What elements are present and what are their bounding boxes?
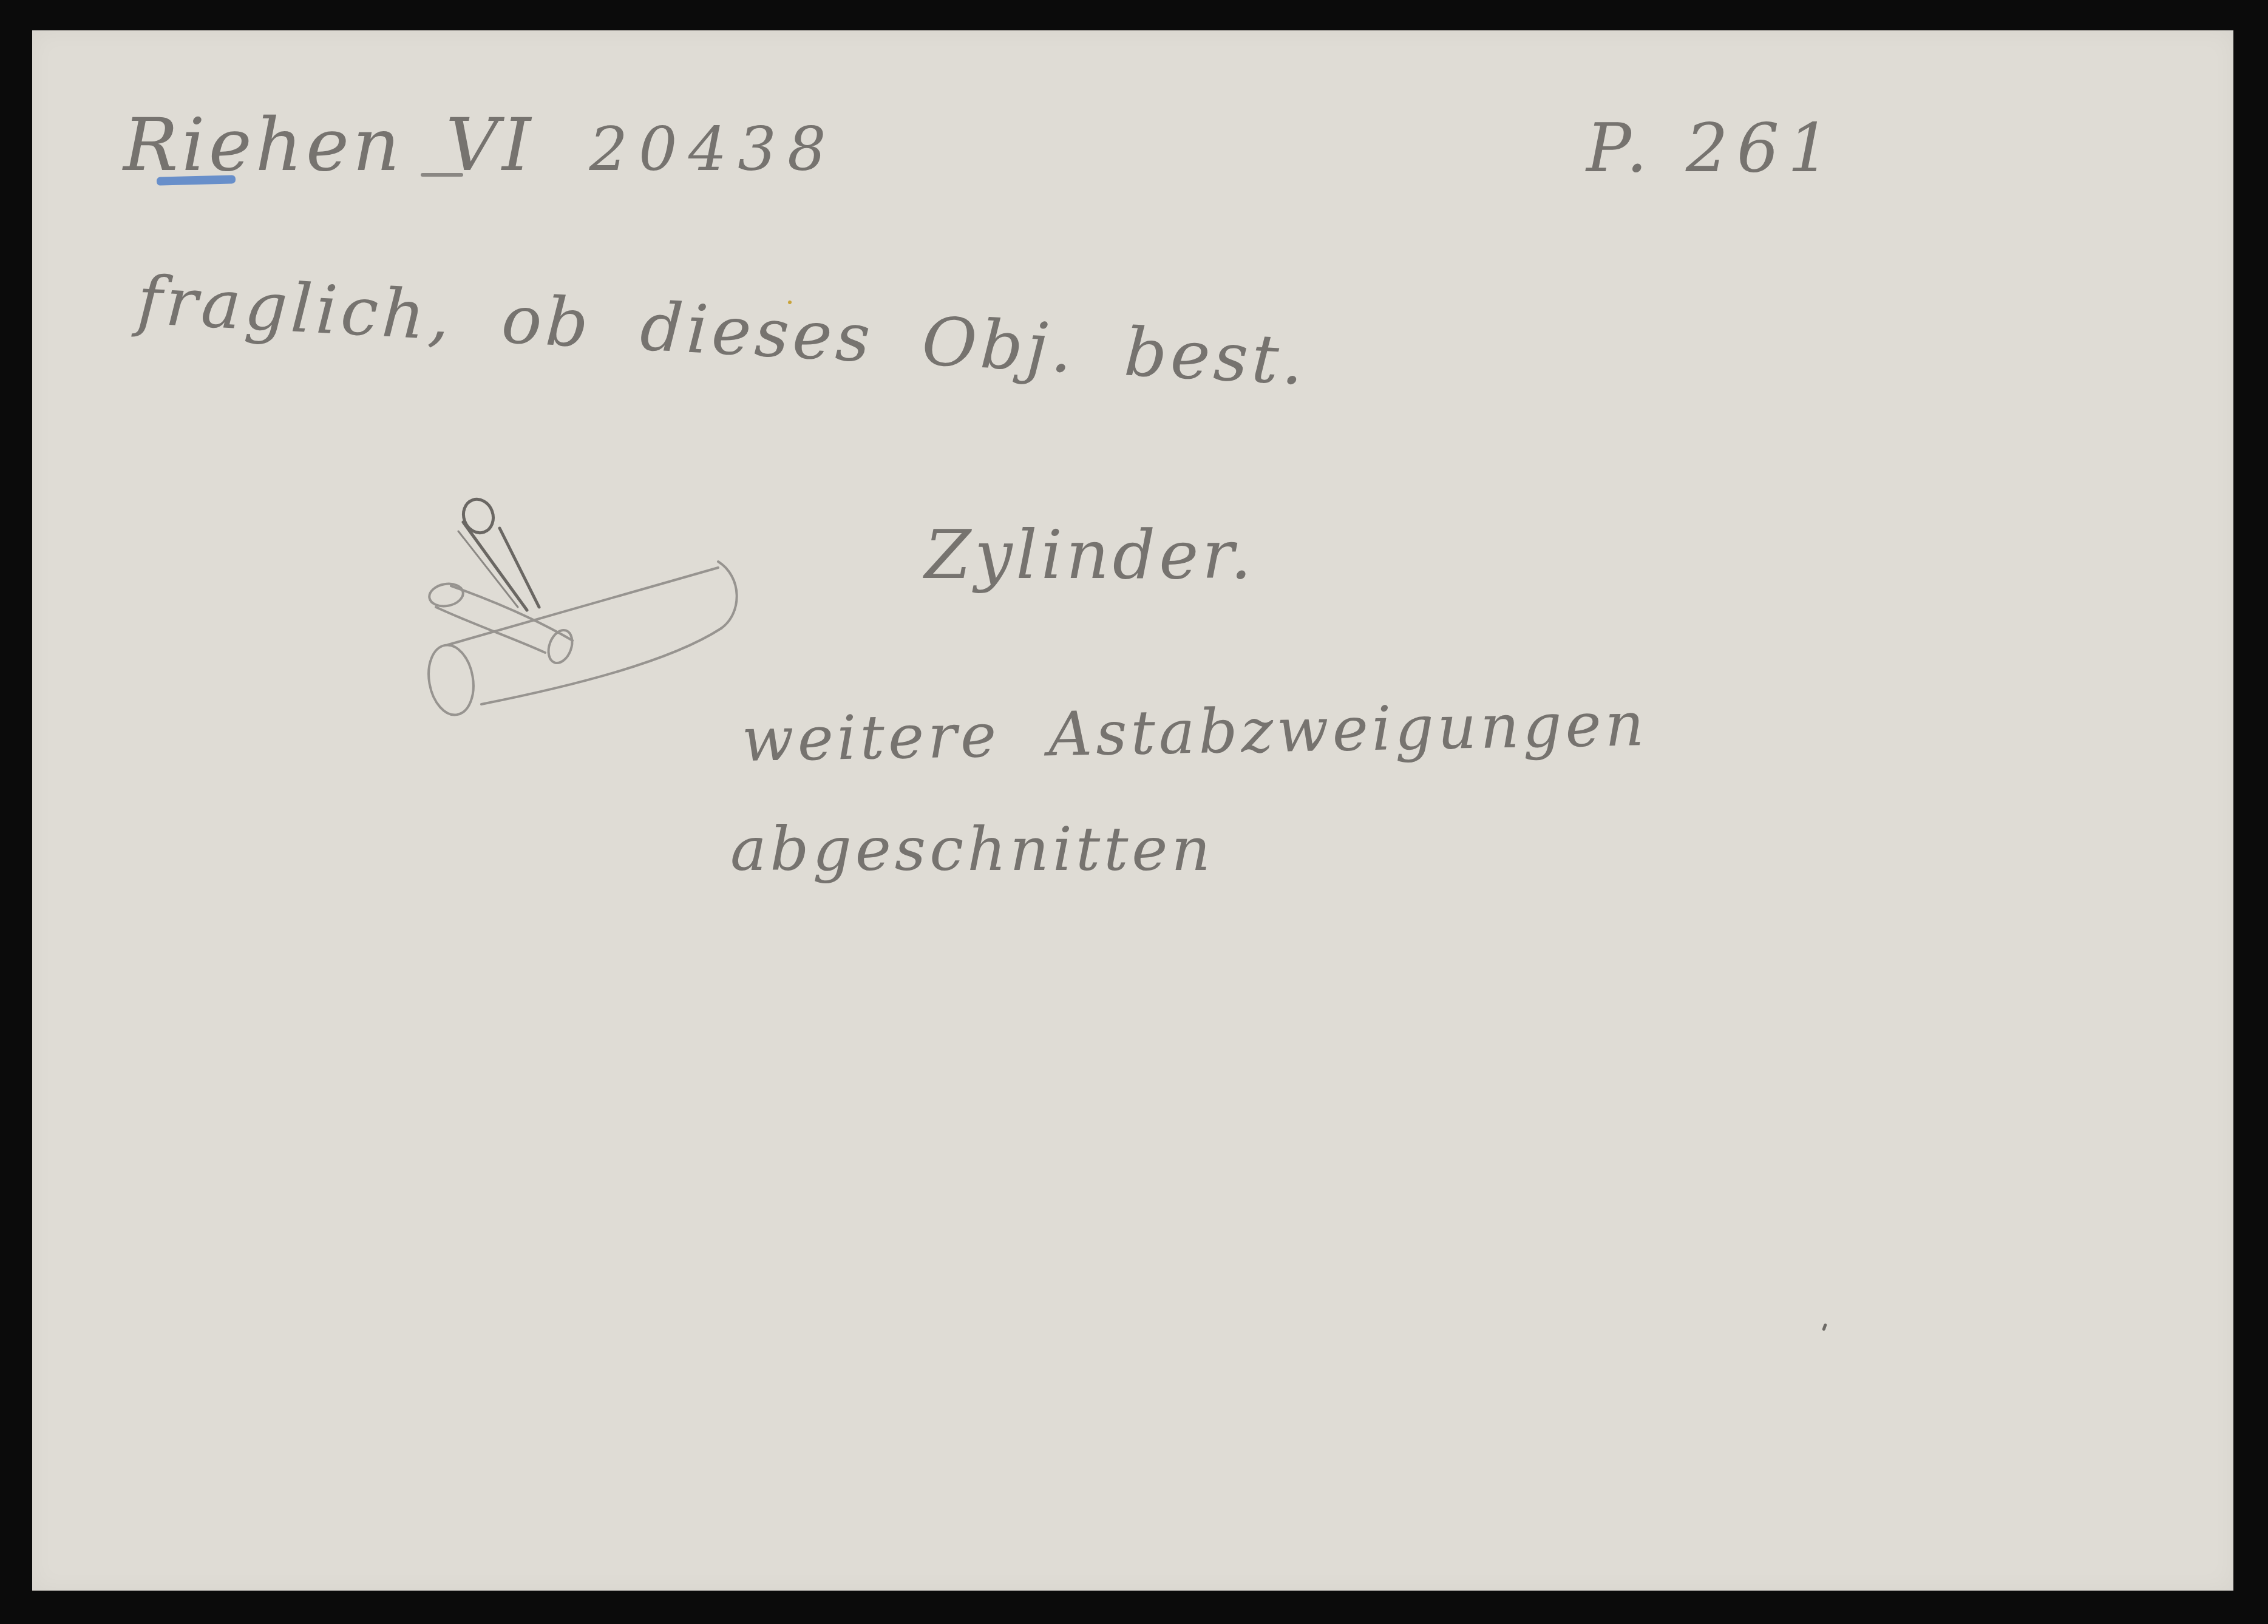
cylinder-label: Zylinder. xyxy=(925,516,1255,594)
catalog-number: 20438 xyxy=(589,114,837,185)
index-card: RiehenVI20438 P. 261 fraglich,obdiesesOb… xyxy=(32,30,2233,1591)
page-reference: P. 261 xyxy=(1586,109,1839,187)
note-word: fraglich, xyxy=(135,261,455,355)
note-line-question: fraglich,obdiesesObj.best. xyxy=(135,261,1357,403)
note-line-cut: abgeschnitten xyxy=(730,814,1214,885)
note-word: dieses xyxy=(639,288,876,378)
note-word: best. xyxy=(1122,313,1309,400)
location-label: Riehen xyxy=(123,103,403,188)
note-word: Astabzweigungen xyxy=(1048,688,1648,770)
cylinder-branch-sketch-icon xyxy=(415,480,840,722)
note-word: weitere xyxy=(741,700,1000,775)
note-line-branches: weitereAstabzweigungen xyxy=(741,688,1697,775)
section-underline xyxy=(421,173,463,177)
scan-background: RiehenVI20438 P. 261 fraglich,obdiesesOb… xyxy=(0,0,2268,1624)
paper-speck xyxy=(1822,1323,1827,1331)
note-word: ob xyxy=(500,280,594,363)
note-word: Obj. xyxy=(920,302,1078,388)
